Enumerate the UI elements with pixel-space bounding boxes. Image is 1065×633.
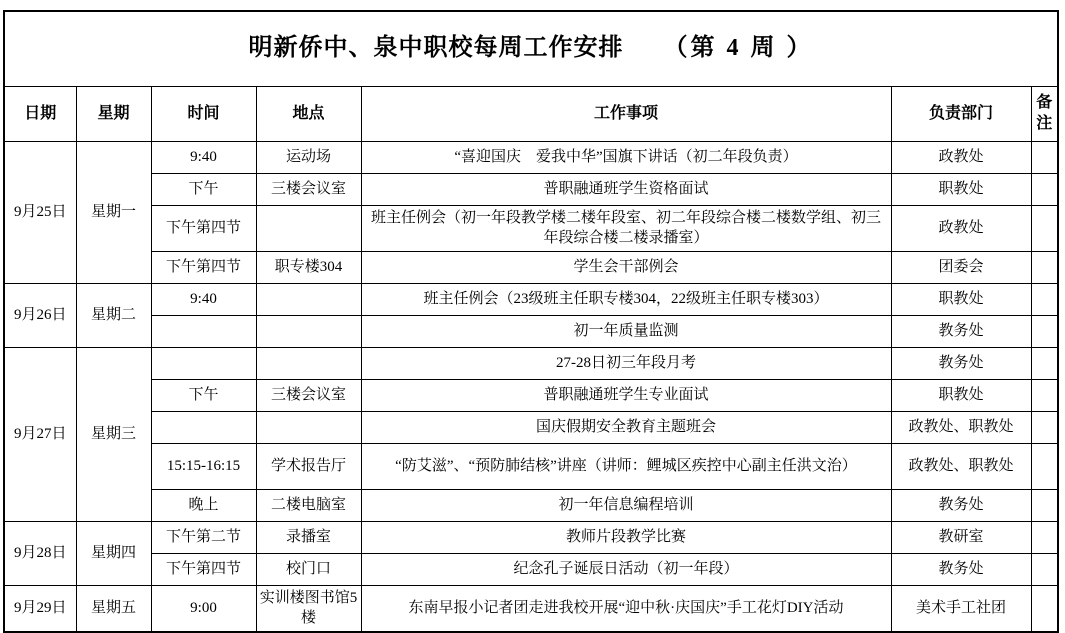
time-cell: 下午第四节 <box>151 554 256 586</box>
schedule-table: 明新侨中、泉中职校每周工作安排（第 4 周 ） 日期 星期 时间 地点 工作事项… <box>3 10 1059 633</box>
weekday-cell: 星期三 <box>76 348 151 522</box>
title-row: 明新侨中、泉中职校每周工作安排（第 4 周 ） <box>4 11 1058 87</box>
department-cell: 职教处 <box>891 174 1031 206</box>
table-row: 下午 三楼会议室 普职融通班学生资格面试 职教处 <box>4 174 1058 206</box>
task-cell: 纪念孔子诞辰日活动（初一年段） <box>361 554 891 586</box>
time-cell: 15:15-16:15 <box>151 444 256 490</box>
department-cell: 团委会 <box>891 252 1031 284</box>
remark-cell <box>1031 348 1058 380</box>
table-row: 9月28日 星期四 下午第二节 录播室 教师片段教学比赛 教研室 <box>4 522 1058 554</box>
remark-cell <box>1031 316 1058 348</box>
col-header-weekday: 星期 <box>76 87 151 142</box>
title-week-number: （第 4 周 ） <box>664 35 814 61</box>
date-cell: 9月25日 <box>4 142 76 284</box>
col-header-time: 时间 <box>151 87 256 142</box>
table-row: 9月29日 星期五 9:00 实训楼图书馆5楼 东南早报小记者团走进我校开展“迎… <box>4 586 1058 633</box>
task-cell: “防艾滋”、“预防肺结核”讲座（讲师：鲤城区疾控中心副主任洪文治） <box>361 444 891 490</box>
weekday-cell: 星期四 <box>76 522 151 586</box>
title-main: 明新侨中、泉中职校每周工作安排 <box>249 35 624 61</box>
task-cell: 教师片段教学比赛 <box>361 522 891 554</box>
location-cell: 实训楼图书馆5楼 <box>256 586 361 633</box>
remark-cell <box>1031 380 1058 412</box>
task-cell: 东南早报小记者团走进我校开展“迎中秋·庆国庆”手工花灯DIY活动 <box>361 586 891 633</box>
document-sheet: 明新侨中、泉中职校每周工作安排（第 4 周 ） 日期 星期 时间 地点 工作事项… <box>0 0 1065 590</box>
date-cell: 9月26日 <box>4 284 76 348</box>
table-row: 9月27日 星期三 27-28日初三年段月考 教务处 <box>4 348 1058 380</box>
task-cell: 国庆假期安全教育主题班会 <box>361 412 891 444</box>
col-header-date: 日期 <box>4 87 76 142</box>
time-cell: 9:40 <box>151 284 256 316</box>
table-header-row: 日期 星期 时间 地点 工作事项 负责部门 备注 <box>4 87 1058 142</box>
location-cell <box>256 206 361 252</box>
col-header-task: 工作事项 <box>361 87 891 142</box>
weekday-cell: 星期一 <box>76 142 151 284</box>
date-cell: 9月28日 <box>4 522 76 586</box>
department-cell: 政教处、职教处 <box>891 444 1031 490</box>
remark-cell <box>1031 522 1058 554</box>
location-cell <box>256 348 361 380</box>
remark-cell <box>1031 206 1058 252</box>
weekday-cell: 星期二 <box>76 284 151 348</box>
remark-cell <box>1031 490 1058 522</box>
table-row: 9月26日 星期二 9:40 班主任例会（23级班主任职专楼304，22级班主任… <box>4 284 1058 316</box>
location-cell: 录播室 <box>256 522 361 554</box>
task-cell: 班主任例会（23级班主任职专楼304，22级班主任职专楼303） <box>361 284 891 316</box>
task-cell: 普职融通班学生专业面试 <box>361 380 891 412</box>
location-cell <box>256 412 361 444</box>
location-cell: 校门口 <box>256 554 361 586</box>
col-header-department: 负责部门 <box>891 87 1031 142</box>
remark-cell <box>1031 142 1058 174</box>
table-row: 9月25日 星期一 9:40 运动场 “喜迎国庆 爱我中华”国旗下讲话（初二年段… <box>4 142 1058 174</box>
time-cell: 9:00 <box>151 586 256 633</box>
remark-cell <box>1031 284 1058 316</box>
location-cell: 二楼电脑室 <box>256 490 361 522</box>
department-cell: 教务处 <box>891 316 1031 348</box>
time-cell: 下午第四节 <box>151 206 256 252</box>
task-cell: 普职融通班学生资格面试 <box>361 174 891 206</box>
time-cell: 下午 <box>151 380 256 412</box>
department-cell: 政教处 <box>891 206 1031 252</box>
task-cell: 27-28日初三年段月考 <box>361 348 891 380</box>
remark-cell <box>1031 412 1058 444</box>
time-cell: 下午 <box>151 174 256 206</box>
department-cell: 教务处 <box>891 348 1031 380</box>
location-cell: 三楼会议室 <box>256 380 361 412</box>
document-title: 明新侨中、泉中职校每周工作安排（第 4 周 ） <box>4 11 1058 87</box>
table-row: 下午第四节 校门口 纪念孔子诞辰日活动（初一年段） 教务处 <box>4 554 1058 586</box>
location-cell <box>256 284 361 316</box>
table-row: 国庆假期安全教育主题班会 政教处、职教处 <box>4 412 1058 444</box>
department-cell: 美术手工社团 <box>891 586 1031 633</box>
remark-cell <box>1031 174 1058 206</box>
remark-cell <box>1031 252 1058 284</box>
table-row: 下午第四节 职专楼304 学生会干部例会 团委会 <box>4 252 1058 284</box>
weekday-cell: 星期五 <box>76 586 151 633</box>
time-cell: 下午第四节 <box>151 252 256 284</box>
task-cell: 班主任例会（初一年段教学楼二楼年段室、初二年段综合楼二楼数学组、初三年段综合楼二… <box>361 206 891 252</box>
task-cell: 学生会干部例会 <box>361 252 891 284</box>
department-cell: 职教处 <box>891 284 1031 316</box>
location-cell: 学术报告厅 <box>256 444 361 490</box>
remark-cell <box>1031 444 1058 490</box>
time-cell: 晚上 <box>151 490 256 522</box>
department-cell: 政教处、职教处 <box>891 412 1031 444</box>
table-row: 下午 三楼会议室 普职融通班学生专业面试 职教处 <box>4 380 1058 412</box>
department-cell: 教务处 <box>891 490 1031 522</box>
date-cell: 9月27日 <box>4 348 76 522</box>
task-cell: 初一年信息编程培训 <box>361 490 891 522</box>
col-header-location: 地点 <box>256 87 361 142</box>
col-header-remark: 备注 <box>1031 87 1058 142</box>
task-cell: 初一年质量监测 <box>361 316 891 348</box>
department-cell: 政教处 <box>891 142 1031 174</box>
location-cell <box>256 316 361 348</box>
time-cell: 9:40 <box>151 142 256 174</box>
time-cell: 下午第二节 <box>151 522 256 554</box>
time-cell <box>151 412 256 444</box>
table-row: 15:15-16:15 学术报告厅 “防艾滋”、“预防肺结核”讲座（讲师：鲤城区… <box>4 444 1058 490</box>
table-row: 下午第四节 班主任例会（初一年段教学楼二楼年段室、初二年段综合楼二楼数学组、初三… <box>4 206 1058 252</box>
department-cell: 教研室 <box>891 522 1031 554</box>
department-cell: 职教处 <box>891 380 1031 412</box>
location-cell: 职专楼304 <box>256 252 361 284</box>
task-cell: “喜迎国庆 爱我中华”国旗下讲话（初二年段负责） <box>361 142 891 174</box>
location-cell: 运动场 <box>256 142 361 174</box>
location-cell: 三楼会议室 <box>256 174 361 206</box>
time-cell <box>151 316 256 348</box>
table-row: 初一年质量监测 教务处 <box>4 316 1058 348</box>
time-cell <box>151 348 256 380</box>
table-row: 晚上 二楼电脑室 初一年信息编程培训 教务处 <box>4 490 1058 522</box>
department-cell: 教务处 <box>891 554 1031 586</box>
date-cell: 9月29日 <box>4 586 76 633</box>
remark-cell <box>1031 554 1058 586</box>
remark-cell <box>1031 586 1058 633</box>
